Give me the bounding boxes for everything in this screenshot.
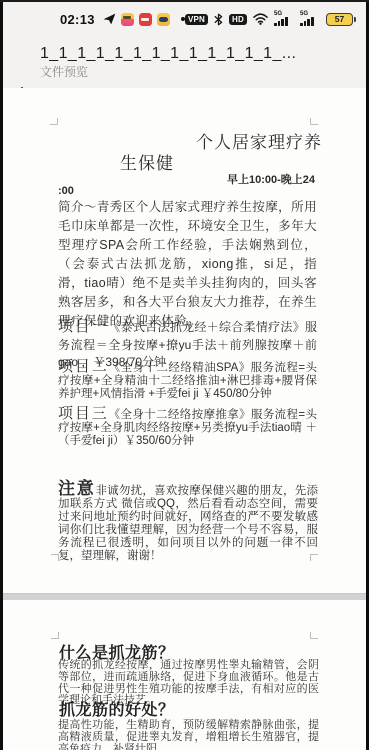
page-separator [0, 593, 369, 600]
service-item-2: 项目二《全身十二经络精油SPA》服务流程=头疗按摩+全身精油十二经络推油+淋巴排… [58, 360, 317, 401]
page-subtitle: 文件预览 [40, 65, 320, 80]
section-2-body: 提高性功能，生精助育，预防缓解精索静脉曲张，提高精液质量，促进睾丸发育，增粗增长… [58, 720, 319, 750]
file-name-title: 1_1_1_1_1_1_1_1_1_1_1_1_1_... [40, 44, 320, 64]
intro-paragraph: 简介～青秀区个人居家式理疗养生按摩，所用毛巾床单都是一次性，环境安全卫生，多年大… [58, 198, 317, 331]
nav-bar: 1_1_1_1_1_1_1_1_1_1_1_1_1_... 文件预览 ... [0, 36, 369, 88]
bluetooth-icon [214, 13, 223, 26]
notice-paragraph: 注意非诚勿扰，喜欢按摩保健兴趣的朋友，先添加联系方式 微信或QQ，然后看看动态空… [58, 482, 318, 563]
text-boundary-mark [51, 632, 59, 639]
notice-text: 非诚勿扰，喜欢按摩保健兴趣的朋友，先添加联系方式 微信或QQ，然后看看动态空间，… [58, 485, 318, 562]
document-viewer[interactable]: 个人居家理疗养 生保健 早上10:00-晚上24 :00 简介～青秀区个人居家式… [0, 88, 369, 750]
notice-label: 注意 [58, 479, 95, 498]
service-item-3-label: 项目三 [58, 405, 109, 422]
battery-percent: 57 [335, 14, 344, 24]
service-item-3: 项目三《全身十二经络按摩推拿》服务流程=头疗按摩+全身肌肉经络按摩+另类撩yu手… [58, 407, 317, 448]
cellular-signal-icon-sim2: 5G [300, 13, 320, 26]
battery-icon: 57 [326, 13, 353, 26]
text-boundary-mark [310, 632, 318, 639]
red-app-notification-icon [139, 13, 152, 26]
gold-app-notification-icon [157, 13, 170, 26]
service-item-2-label: 项目二 [58, 358, 109, 375]
business-hours-line2: :00 [58, 185, 74, 197]
wifi-icon [253, 13, 268, 25]
document-page-2: 什么是抓龙筋？ 传统的抓龙经按摩，通过按摩男性睾丸输精管，会阴等部位，进而疏通脉… [0, 600, 369, 750]
document-page-1: 个人居家理疗养 生保健 早上10:00-晚上24 :00 简介～青秀区个人居家式… [0, 88, 369, 593]
clock: 02:13 [60, 12, 95, 27]
screen-edge-left [0, 0, 3, 750]
notification-icons [103, 13, 185, 26]
screen-edge-top [0, 0, 369, 2]
text-boundary-mark [51, 554, 59, 561]
telegram-send-icon [103, 13, 116, 25]
hd-badge: HD [229, 14, 247, 25]
text-boundary-mark [50, 118, 58, 125]
vpn-badge: VPN [185, 14, 208, 25]
cellular-signal-icon-sim1: 5G [274, 13, 294, 26]
service-item-1-label: 项目一 [58, 318, 108, 335]
nav-titles: 1_1_1_1_1_1_1_1_1_1_1_1_1_... 文件预览 [40, 44, 320, 80]
phone-screen: 02:13 VPN HD 5G [0, 0, 369, 750]
section-2-heading: 抓龙筋的好处？ [59, 697, 319, 720]
pink-app-notification-icon [121, 13, 134, 26]
text-boundary-mark [310, 118, 318, 125]
doc-title-line1: 个人居家理疗养 [196, 128, 322, 153]
status-bar: 02:13 VPN HD 5G [0, 0, 369, 36]
business-hours-line1: 早上10:00-晚上24 [58, 171, 315, 187]
system-status-icons: VPN HD 5G 5G 57 [185, 13, 353, 26]
text-boundary-mark [310, 554, 318, 561]
